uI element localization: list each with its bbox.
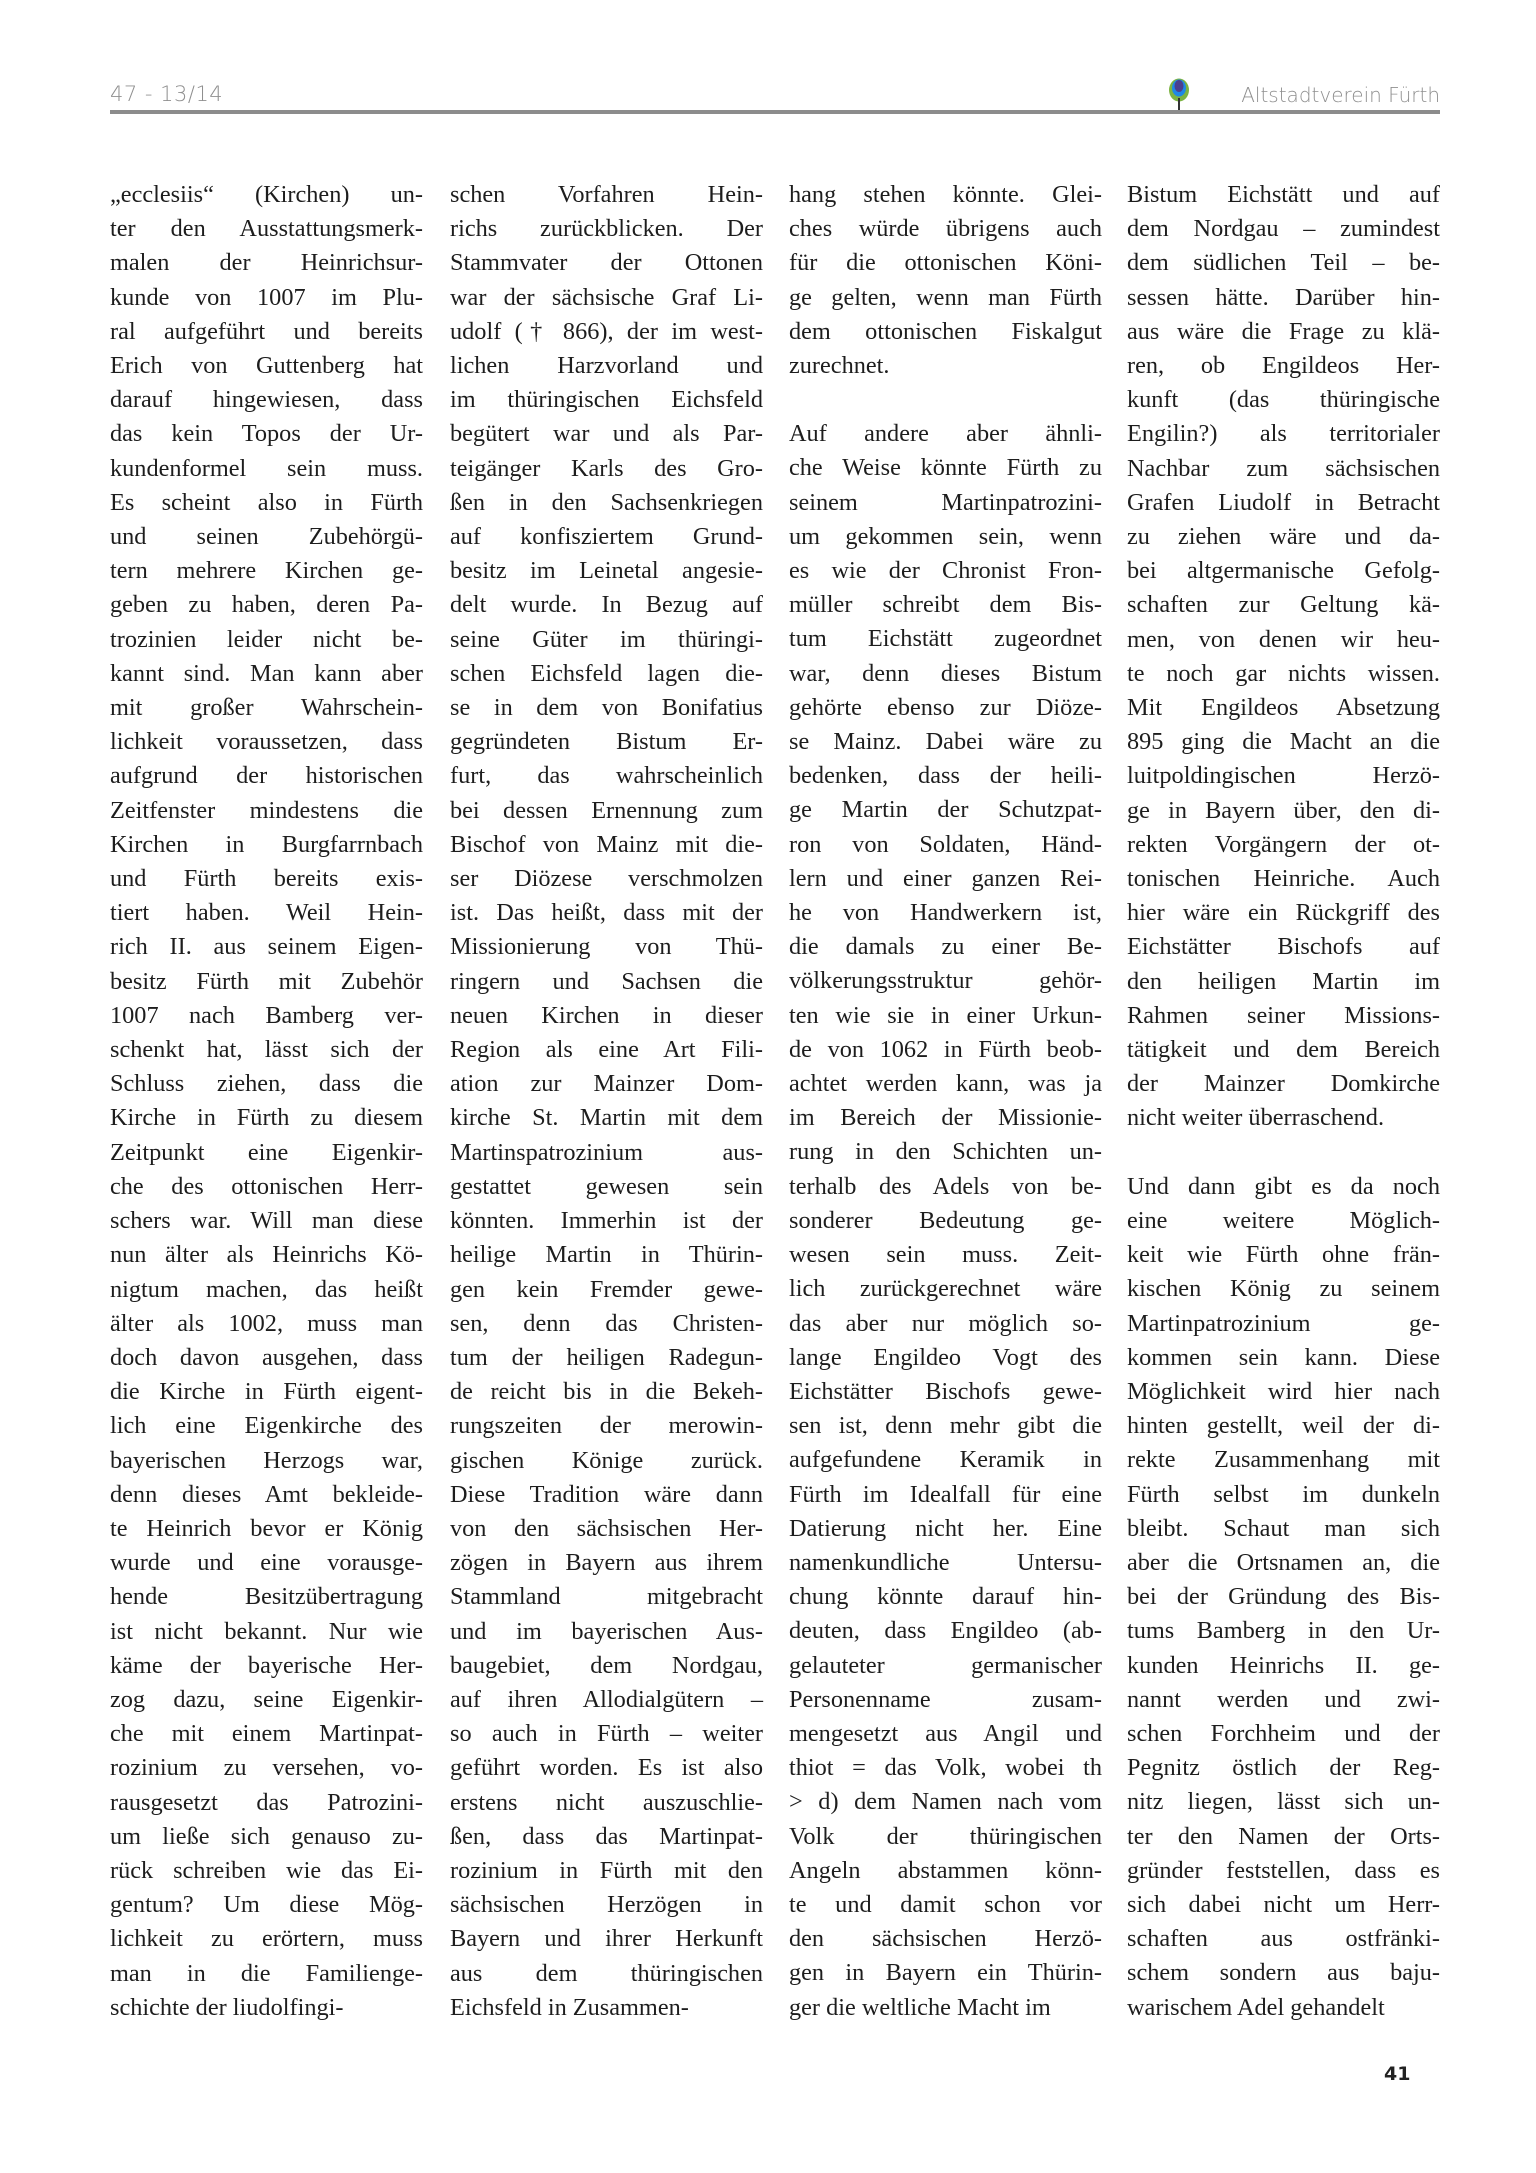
text-line: schen Vorfahren Hein- <box>450 178 763 212</box>
text-line: war, denn dieses Bistum <box>789 657 1102 691</box>
text-line: neuen Kirchen in dieser <box>450 999 763 1033</box>
text-line: schenkt hat, lässt sich der <box>110 1033 423 1067</box>
text-line: erstens nicht auszuschlie- <box>450 1786 763 1820</box>
text-line: 895 ging die Macht an die <box>1127 725 1440 759</box>
text-line: eine weitere Möglich- <box>1127 1204 1440 1238</box>
text-line: men, von denen wir heu- <box>1127 623 1440 657</box>
text-line: Es scheint also in Fürth <box>110 486 423 520</box>
text-line: heilige Martin in Thürin- <box>450 1238 763 1272</box>
article-body: „ecclesiis“ (Kirchen) un-ter den Ausstat… <box>110 178 1440 2038</box>
text-line: 1007 nach Bamberg ver- <box>110 999 423 1033</box>
text-line: die Kirche in Fürth eigent- <box>110 1375 423 1409</box>
text-line: lern und einer ganzen Rei- <box>789 862 1102 896</box>
text-line: Engilin?) als territorialer <box>1127 417 1440 451</box>
text-line: hier wäre ein Rückgriff des <box>1127 896 1440 930</box>
text-line: se Mainz. Dabei wäre zu <box>789 725 1102 759</box>
text-line: deuten, dass Engildeo (ab- <box>789 1614 1102 1648</box>
text-line: che des ottonischen Herr- <box>110 1170 423 1204</box>
text-line: che mit einem Martinpat- <box>110 1717 423 1751</box>
text-line: Bayern und ihrer Herkunft <box>450 1922 763 1956</box>
text-line: das aber nur möglich so- <box>789 1307 1102 1341</box>
text-line: tätigkeit und dem Bereich <box>1127 1033 1440 1067</box>
text-line: dem ottonischen Fiskalgut <box>789 315 1102 349</box>
text-line: Zeitfenster mindestens die <box>110 794 423 828</box>
text-line: hende Besitzübertragung <box>110 1580 423 1614</box>
text-line: Schluss ziehen, dass die <box>110 1067 423 1101</box>
page-header: 47 - 13/14 Altstadtverein Fürth <box>110 78 1440 114</box>
text-line: Kirchen in Burgfarrnbach <box>110 828 423 862</box>
text-line: bei der Gründung des Bis- <box>1127 1580 1440 1614</box>
text-line: es wie der Chronist Fron- <box>789 554 1102 588</box>
text-line: tum der heiligen Radegun- <box>450 1341 763 1375</box>
text-line: und im bayerischen Aus- <box>450 1615 763 1649</box>
text-line: ation zur Mainzer Dom- <box>450 1067 763 1101</box>
text-line: > d) dem Namen nach vom <box>789 1785 1102 1819</box>
text-line: war der sächsische Graf Li- <box>450 281 763 315</box>
text-line: nun älter als Heinrichs Kö- <box>110 1238 423 1272</box>
text-line: kunden Heinrichs II. ge- <box>1127 1649 1440 1683</box>
text-line: bei dessen Ernennung zum <box>450 794 763 828</box>
text-line: ßen, dass das Martinpat- <box>450 1820 763 1854</box>
text-line: rung in den Schichten un- <box>789 1135 1102 1169</box>
text-line: die damals zu einer Be- <box>789 930 1102 964</box>
text-line: dem südlichen Teil – be- <box>1127 246 1440 280</box>
text-line: das kein Topos der Ur- <box>110 417 423 451</box>
text-line: bayerischen Herzogs war, <box>110 1444 423 1478</box>
text-line: auf ihren Allodialgütern – <box>450 1683 763 1717</box>
text-line: kischen König zu seinem <box>1127 1272 1440 1306</box>
text-line: baugebiet, dem Nordgau, <box>450 1649 763 1683</box>
text-line: darauf hingewiesen, dass <box>110 383 423 417</box>
text-line: Missionierung von Thü- <box>450 930 763 964</box>
text-line: der Mainzer Domkirche <box>1127 1067 1440 1101</box>
text-line: lich eine Eigenkirche des <box>110 1409 423 1443</box>
text-line: ral aufgeführt und bereits <box>110 315 423 349</box>
text-line: Personenname zusam- <box>789 1683 1102 1717</box>
text-line: schaften zur Geltung kä- <box>1127 588 1440 622</box>
text-line: begütert war und als Par- <box>450 417 763 451</box>
text-line: älter als 1002, muss man <box>110 1307 423 1341</box>
text-line: sen ist, denn mehr gibt die <box>789 1409 1102 1443</box>
text-line: Pegnitz östlich der Reg- <box>1127 1751 1440 1785</box>
text-line: tern mehrere Kirchen ge- <box>110 554 423 588</box>
text-line: auf konfisziertem Grund- <box>450 520 763 554</box>
text-line: für die ottonischen Köni- <box>789 246 1102 280</box>
text-line: lich zurückgerechnet wäre <box>789 1272 1102 1306</box>
text-line: rausgesetzt das Patrozini- <box>110 1786 423 1820</box>
publisher-name: Altstadtverein Fürth <box>1241 83 1440 107</box>
text-line: keit wie Fürth ohne frän- <box>1127 1238 1440 1272</box>
text-line: müller schreibt dem Bis- <box>789 588 1102 622</box>
text-line: te Heinrich bevor er König <box>110 1512 423 1546</box>
text-line: lichen Harzvorland und <box>450 349 763 383</box>
text-line: Stammland mitgebracht <box>450 1580 763 1614</box>
text-line: von den sächsischen Her- <box>450 1512 763 1546</box>
text-line: und Fürth bereits exis- <box>110 862 423 896</box>
text-line: he von Handwerkern ist, <box>789 896 1102 930</box>
text-line: mit großer Wahrschein- <box>110 691 423 725</box>
text-line: tum Eichstätt zugeordnet <box>789 622 1102 656</box>
text-line: aufgefundene Keramik in <box>789 1443 1102 1477</box>
text-line: se in dem von Bonifatius <box>450 691 763 725</box>
text-line: doch davon ausgehen, dass <box>110 1341 423 1375</box>
text-line: Möglichkeit wird hier nach <box>1127 1375 1440 1409</box>
text-line: sen, denn das Christen- <box>450 1307 763 1341</box>
text-line: lichkeit voraussetzen, dass <box>110 725 423 759</box>
text-line: bei altgermanische Gefolg- <box>1127 554 1440 588</box>
text-line: Fürth im Idealfall für eine <box>789 1478 1102 1512</box>
text-column-4: Bistum Eichstätt und aufdem Nordgau – zu… <box>1127 178 1440 2025</box>
text-line: käme der bayerische Her- <box>110 1649 423 1683</box>
text-line: ge in Bayern über, den di- <box>1127 794 1440 828</box>
text-line: furt, das wahrscheinlich <box>450 759 763 793</box>
text-line: ger die weltliche Macht im <box>789 1991 1102 2025</box>
text-line: kirche St. Martin mit dem <box>450 1101 763 1135</box>
text-line: geführt worden. Es ist also <box>450 1751 763 1785</box>
text-line: gen kein Fremder gewe- <box>450 1273 763 1307</box>
text-line: zurechnet. <box>789 349 1102 383</box>
text-line: Fürth selbst im dunkeln <box>1127 1478 1440 1512</box>
text-line: Kirche in Fürth zu diesem <box>110 1101 423 1135</box>
paragraph: „ecclesiis“ (Kirchen) un-ter den Ausstat… <box>110 178 423 2025</box>
text-line: geben zu haben, deren Pa- <box>110 588 423 622</box>
text-line: bleibt. Schaut man sich <box>1127 1512 1440 1546</box>
text-line: terhalb des Adels von be- <box>789 1170 1102 1204</box>
text-line: ten wie sie in einer Urkun- <box>789 999 1102 1033</box>
text-line: Eichstätter Bischofs auf <box>1127 930 1440 964</box>
paragraph: hang stehen könnte. Glei-ches würde übri… <box>789 178 1102 383</box>
text-line: ist nicht bekannt. Nur wie <box>110 1615 423 1649</box>
text-column-1: „ecclesiis“ (Kirchen) un-ter den Ausstat… <box>110 178 423 2025</box>
text-line: besitz im Leinetal angesie- <box>450 554 763 588</box>
text-line: zu ziehen wäre und da- <box>1127 520 1440 554</box>
text-line: gehörte ebenso zur Diöze- <box>789 691 1102 725</box>
text-line: bedenken, dass der heili- <box>789 759 1102 793</box>
text-line: nigtum machen, das heißt <box>110 1273 423 1307</box>
text-column-2: schen Vorfahren Hein-richs zurückblicken… <box>450 178 763 2025</box>
text-line: tiert haben. Weil Hein- <box>110 896 423 930</box>
text-line: Angeln abstammen könn- <box>789 1854 1102 1888</box>
text-line: kunft (das thüringische <box>1127 383 1440 417</box>
text-line: nannt werden und zwi- <box>1127 1683 1440 1717</box>
text-line: de reicht bis in die Bekeh- <box>450 1375 763 1409</box>
text-line: dem Nordgau – zumindest <box>1127 212 1440 246</box>
issue-number: 47 - 13/14 <box>110 82 223 106</box>
text-line: im thüringischen Eichsfeld <box>450 383 763 417</box>
text-line: Grafen Liudolf in Betracht <box>1127 486 1440 520</box>
text-line: rekten Vorgängern der ot- <box>1127 828 1440 862</box>
text-line: zog dazu, seine Eigenkir- <box>110 1683 423 1717</box>
text-line: teigänger Karls des Gro- <box>450 452 763 486</box>
text-line: Eichsfeld in Zusammen- <box>450 1991 763 2025</box>
text-line: schers war. Will man diese <box>110 1204 423 1238</box>
paragraph: Und dann gibt es da nocheine weitere Mög… <box>1127 1170 1440 2025</box>
text-line: rozinium zu versehen, vo- <box>110 1751 423 1785</box>
text-line: sich dabei nicht um Herr- <box>1127 1888 1440 1922</box>
text-line: nicht weiter überraschend. <box>1127 1101 1440 1135</box>
text-line: aus wäre die Frage zu klä- <box>1127 315 1440 349</box>
text-line: Zeitpunkt eine Eigenkir- <box>110 1136 423 1170</box>
text-line: ter den Namen der Orts- <box>1127 1820 1440 1854</box>
text-line: lichkeit zu erörtern, muss <box>110 1922 423 1956</box>
header-rule <box>110 110 1440 114</box>
text-line: achtet werden kann, was ja <box>789 1067 1102 1101</box>
tree-logo-icon <box>1168 78 1190 112</box>
text-line: Bischof von Mainz mit die- <box>450 828 763 862</box>
text-line: tums Bamberg in den Ur- <box>1127 1614 1440 1648</box>
text-line: denn dieses Amt bekleide- <box>110 1478 423 1512</box>
text-line: sächsischen Herzögen in <box>450 1888 763 1922</box>
text-line: lange Engildeo Vogt des <box>789 1341 1102 1375</box>
text-line: Martinspatrozinium aus- <box>450 1136 763 1170</box>
text-line: Nachbar zum sächsischen <box>1127 452 1440 486</box>
text-line: schem sondern aus baju- <box>1127 1956 1440 1990</box>
text-line: aber die Ortsnamen an, die <box>1127 1546 1440 1580</box>
text-line: kannt sind. Man kann aber <box>110 657 423 691</box>
text-line: wurde und eine vorausge- <box>110 1546 423 1580</box>
text-line: warischem Adel gehandelt <box>1127 1991 1440 2025</box>
text-line: besitz Fürth mit Zubehör <box>110 965 423 999</box>
text-line: Martinpatrozinium ge- <box>1127 1307 1440 1341</box>
text-line: Bistum Eichstätt und auf <box>1127 178 1440 212</box>
text-line: che Weise könnte Fürth zu <box>789 451 1102 485</box>
text-line: namenkundliche Untersu- <box>789 1546 1102 1580</box>
text-line: gelauteter germanischer <box>789 1649 1102 1683</box>
text-line: Stammvater der Ottonen <box>450 246 763 280</box>
text-line: seinem Martinpatrozini- <box>789 486 1102 520</box>
text-line: ren, ob Engildeos Her- <box>1127 349 1440 383</box>
text-line: ches würde übrigens auch <box>789 212 1102 246</box>
text-line: um ließe sich genauso zu- <box>110 1820 423 1854</box>
text-line: Erich von Guttenberg hat <box>110 349 423 383</box>
text-line: rück schreiben wie das Ei- <box>110 1854 423 1888</box>
text-line: mengesetzt aus Angil und <box>789 1717 1102 1751</box>
text-line: sessen hätte. Darüber hin- <box>1127 281 1440 315</box>
text-line: Volk der thüringischen <box>789 1820 1102 1854</box>
text-line: malen der Heinrichsur- <box>110 246 423 280</box>
text-line: de von 1062 in Fürth beob- <box>789 1033 1102 1067</box>
text-line: Rahmen seiner Missions- <box>1127 999 1440 1033</box>
paragraph: schen Vorfahren Hein-richs zurückblicken… <box>450 178 763 2025</box>
text-column-3: hang stehen könnte. Glei-ches würde übri… <box>789 178 1102 2025</box>
text-line: rekte Zusammenhang mit <box>1127 1443 1440 1477</box>
text-line: Eichstätter Bischofs gewe- <box>789 1375 1102 1409</box>
text-line: kunde von 1007 im Plu- <box>110 281 423 315</box>
text-line: trozinien leider nicht be- <box>110 623 423 657</box>
text-line: aufgrund der historischen <box>110 759 423 793</box>
text-line: so auch in Fürth – weiter <box>450 1717 763 1751</box>
text-line: gentum? Um diese Mög- <box>110 1888 423 1922</box>
text-line: thiot = das Volk, wobei th <box>789 1751 1102 1785</box>
text-line: rozinium in Fürth mit den <box>450 1854 763 1888</box>
text-line: ter den Ausstattungsmerk- <box>110 212 423 246</box>
text-line: udolf († 866), der im west- <box>450 315 763 349</box>
text-line: gründer feststellen, dass es <box>1127 1854 1440 1888</box>
text-line: wesen sein muss. Zeit- <box>789 1238 1102 1272</box>
text-line: chung könnte darauf hin- <box>789 1580 1102 1614</box>
text-line: hang stehen könnte. Glei- <box>789 178 1102 212</box>
text-line: ßen in den Sachsenkriegen <box>450 486 763 520</box>
text-line: te und damit schon vor <box>789 1888 1102 1922</box>
text-line: ser Diözese verschmolzen <box>450 862 763 896</box>
text-line: rungszeiten der merowin- <box>450 1409 763 1443</box>
text-line: nitz liegen, lässt sich un- <box>1127 1785 1440 1819</box>
text-line: den sächsischen Herzö- <box>789 1922 1102 1956</box>
text-line: gegründeten Bistum Er- <box>450 725 763 759</box>
text-line: ge Martin der Schutzpat- <box>789 793 1102 827</box>
text-line: ist. Das heißt, dass mit der <box>450 896 763 930</box>
text-line: Mit Engildeos Absetzung <box>1127 691 1440 725</box>
text-line: man in die Familienge- <box>110 1957 423 1991</box>
text-line: rich II. aus seinem Eigen- <box>110 930 423 964</box>
text-line: schaften aus ostfränki- <box>1127 1922 1440 1956</box>
text-line: luitpoldingischen Herzö- <box>1127 759 1440 793</box>
text-line: Auf andere aber ähnli- <box>789 417 1102 451</box>
paragraph: Bistum Eichstätt und aufdem Nordgau – zu… <box>1127 178 1440 1136</box>
text-line: schichte der liudolfingi- <box>110 1991 423 2025</box>
text-line: schen Forchheim und der <box>1127 1717 1440 1751</box>
text-line: delt wurde. In Bezug auf <box>450 588 763 622</box>
text-line: kommen sein kann. Diese <box>1127 1341 1440 1375</box>
text-line: im Bereich der Missionie- <box>789 1101 1102 1135</box>
text-line: zögen in Bayern aus ihrem <box>450 1546 763 1580</box>
text-line: um gekommen sein, wenn <box>789 520 1102 554</box>
page-number: 41 <box>1384 2063 1410 2085</box>
text-line: Datierung nicht her. Eine <box>789 1512 1102 1546</box>
text-line: hinten gestellt, weil der di- <box>1127 1409 1440 1443</box>
text-line: Und dann gibt es da noch <box>1127 1170 1440 1204</box>
text-line: Region als eine Art Fili- <box>450 1033 763 1067</box>
text-line: und seinen Zubehörgü- <box>110 520 423 554</box>
text-line: ron von Soldaten, Händ- <box>789 828 1102 862</box>
text-line: seine Güter im thüringi- <box>450 623 763 657</box>
paragraph: Auf andere aber ähnli-che Weise könnte F… <box>789 417 1102 2025</box>
text-line: ge gelten, wenn man Fürth <box>789 281 1102 315</box>
text-line: gischen Könige zurück. <box>450 1444 763 1478</box>
text-line: „ecclesiis“ (Kirchen) un- <box>110 178 423 212</box>
text-line: völkerungsstruktur gehör- <box>789 964 1102 998</box>
text-line: könnten. Immerhin ist der <box>450 1204 763 1238</box>
text-line: te noch gar nichts wissen. <box>1127 657 1440 691</box>
text-line: kundenformel sein muss. <box>110 452 423 486</box>
text-line: gestattet gewesen sein <box>450 1170 763 1204</box>
text-line: gen in Bayern ein Thürin- <box>789 1956 1102 1990</box>
text-line: ringern und Sachsen die <box>450 965 763 999</box>
text-line: tonischen Heinriche. Auch <box>1127 862 1440 896</box>
text-line: sonderer Bedeutung ge- <box>789 1204 1102 1238</box>
text-line: richs zurückblicken. Der <box>450 212 763 246</box>
text-line: schen Eichsfeld lagen die- <box>450 657 763 691</box>
text-line: den heiligen Martin im <box>1127 965 1440 999</box>
text-line: aus dem thüringischen <box>450 1957 763 1991</box>
text-line: Diese Tradition wäre dann <box>450 1478 763 1512</box>
